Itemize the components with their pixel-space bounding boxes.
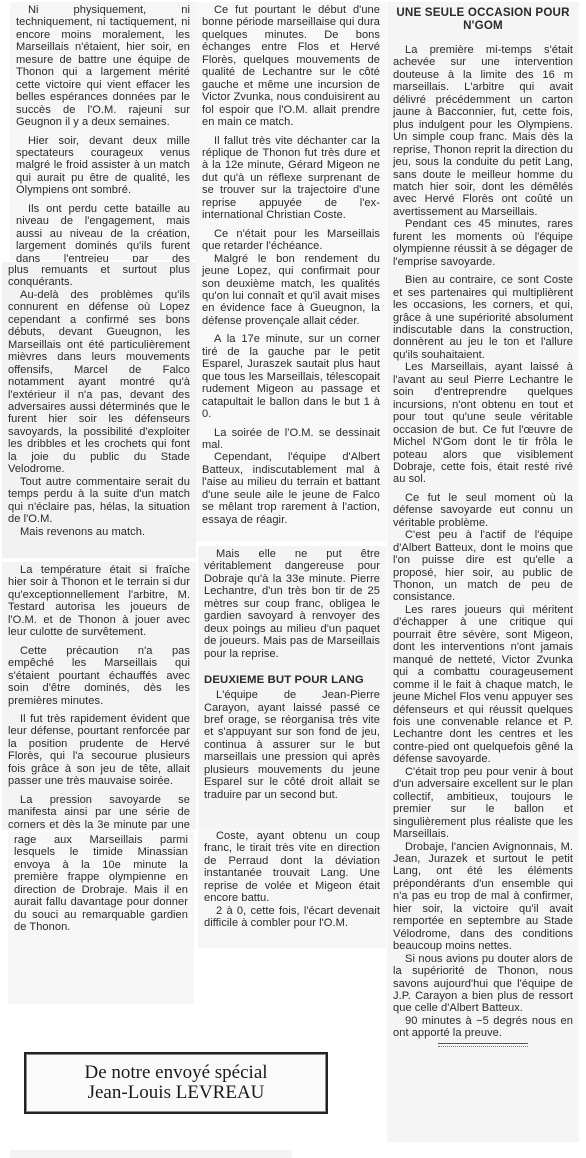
paragraph: Hier soir, devant deux mille spectateurs… <box>16 135 190 197</box>
paragraph: Tout autre commentaire serait du temps p… <box>8 476 190 526</box>
paragraph: Drobaje, l'ancien Avignonnais, M. Jean, … <box>393 841 573 953</box>
paragraph: C'était trop peu pour venir à bout d'un … <box>393 766 573 841</box>
paragraph: Cependant, l'équipe d'Albert Batteux, in… <box>202 451 380 526</box>
article-col2-block4: Coste, ayant obtenu un coup franc, le ti… <box>198 828 386 948</box>
article-col1-block4: rage aux Marseillais parmi lesquels le t… <box>8 832 194 1004</box>
paragraph: La première mi-temps s'était achevée sur… <box>393 44 573 218</box>
paragraph: Ce n'était pour les Marseillais que reta… <box>202 228 380 253</box>
clipping-edge <box>10 1150 292 1158</box>
paragraph: La soirée de l'O.M. se dessinait mal. <box>202 427 380 452</box>
paragraph: Il fut très rapidement évident que leur … <box>8 713 190 788</box>
paragraph: Mais elle ne put être véritablement dang… <box>204 548 380 660</box>
paragraph: A la 17e minute, sur un corner tiré de l… <box>202 333 380 420</box>
paragraph: Les rares joueurs qui méritent d'échappe… <box>393 604 573 766</box>
article-col2-block1: Ce fut pourtant le début d'une bonne pér… <box>196 2 386 542</box>
paragraph: 2 à 0, cette fois, l'écart devenait diff… <box>204 905 380 930</box>
paragraph: Coste, ayant obtenu un coup franc, le ti… <box>204 830 380 905</box>
paragraph: L'équipe de Jean-Pierre Carayon, ayant l… <box>204 689 380 801</box>
paragraph: Il fallut très vite déchanter car la rép… <box>202 135 380 222</box>
paragraph: Ni physiquement, ni techniquement, ni ta… <box>16 4 190 129</box>
paragraph: Bien au contraire, ce sont Coste et ses … <box>393 274 573 361</box>
paragraph: Ce fut pourtant le début d'une bonne pér… <box>202 4 380 129</box>
end-rule <box>438 1043 528 1047</box>
paragraph: Pendant ces 45 minutes, rares furent les… <box>393 218 573 268</box>
paragraph: Les Marseillais, ayant laissé à l'avant … <box>393 361 573 486</box>
paragraph: Au-delà des problèmes qu'ils connurent e… <box>8 289 190 476</box>
paragraph: Malgré le bon rendement du jeune Lopez, … <box>202 253 380 328</box>
paragraph: rage aux Marseillais parmi lesquels le t… <box>14 834 188 934</box>
paragraph: Cette précaution n'a pas empêché les Mar… <box>8 645 190 707</box>
paragraph: Ce fut le seul moment où la défense savo… <box>393 492 573 529</box>
article-col1-block1: Ni physiquement, ni techniquement, ni ta… <box>10 2 196 260</box>
article-col3: UNE SEULE OCCASION POUR N'GOM La premièr… <box>387 2 579 1142</box>
paragraph: La température était si fraîche hier soi… <box>8 564 190 639</box>
paragraph: Si nous avions pu douter alors de la sup… <box>393 953 573 1015</box>
byline-author: Jean-Louis LEVREAU <box>26 1083 326 1103</box>
paragraph: Mais revenons au match. <box>8 526 190 538</box>
byline-box: De notre envoyé spécial Jean-Louis LEVRE… <box>24 1052 328 1114</box>
headline: UNE SEULE OCCASION POUR N'GOM <box>393 6 573 32</box>
article-col1-block3: La température était si fraîche hier soi… <box>2 562 196 830</box>
paragraph: 90 minutes à −5 degrés nous en ont appor… <box>393 1015 573 1040</box>
paragraph: plus remuants et surtout plus conquérant… <box>8 264 190 289</box>
article-col2-block2: Mais elle ne put être véritablement dang… <box>198 546 386 866</box>
subheading: DEUXIEME BUT POUR LANG <box>204 674 380 687</box>
byline-line1: De notre envoyé spécial <box>26 1063 326 1083</box>
article-col1-block2: plus remuants et surtout plus conquérant… <box>2 262 196 558</box>
paragraph: C'est peu à l'actif de l'équipe d'Albert… <box>393 529 573 604</box>
